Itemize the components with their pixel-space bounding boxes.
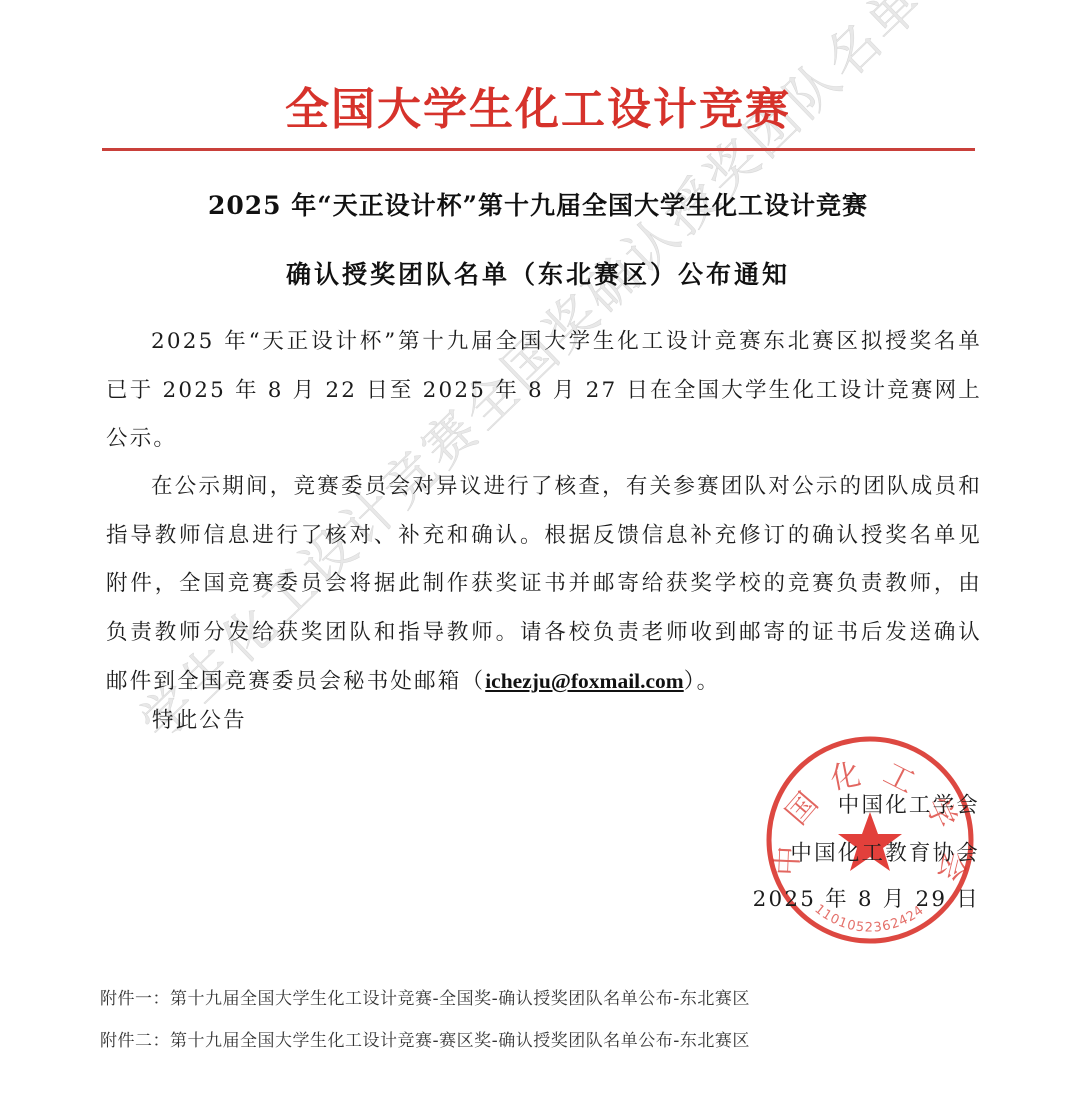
notice-title-line-1: 2025 年“天正设计杯”第十九届全国大学生化工设计竞赛 (100, 186, 976, 222)
paragraph-1-text: 2025 年“天正设计杯”第十九届全国大学生化工设计竞赛东北赛区拟授奖名单已于 … (106, 329, 982, 451)
masthead-divider (102, 148, 975, 151)
email-link[interactable]: ichezju@foxmail.com (485, 669, 684, 693)
attachment-item-1[interactable]: 附件一：第十九届全国大学生化工设计竞赛-全国奖-确认授奖团队名单公布-东北赛区 (100, 978, 750, 1020)
paragraph-2-tail: ）。 (684, 669, 721, 694)
notice-page: 学生化工设计竞赛全国奖确认授奖团队名单公布 全国大学生化工设计竞赛 2025 年… (0, 0, 1080, 1110)
signature-org-2: 中国化工教育协会 (790, 836, 980, 867)
signature-date: 2025 年 8 月 29 日 (753, 882, 980, 913)
svg-text:中国化工学会: 中国化工学会 (770, 753, 972, 902)
notice-title-line-2: 确认授奖团队名单（东北赛区）公布通知 (100, 255, 976, 291)
paragraph-2-text: 在公示期间，竞赛委员会对异议进行了核查，有关参赛团队对公示的团队成员和指导教师信… (106, 474, 982, 694)
closing-text: 特此公告 (152, 703, 247, 734)
masthead-title: 全国大学生化工设计竞赛 (100, 82, 976, 138)
attachment-list: 附件一：第十九届全国大学生化工设计竞赛-全国奖-确认授奖团队名单公布-东北赛区 … (100, 978, 750, 1062)
attachment-item-2[interactable]: 附件二：第十九届全国大学生化工设计竞赛-赛区奖-确认授奖团队名单公布-东北赛区 (100, 1020, 750, 1062)
signature-org-1: 中国化工学会 (838, 788, 980, 819)
paragraph-2: 在公示期间，竞赛委员会对异议进行了核查，有关参赛团队对公示的团队成员和指导教师信… (106, 463, 982, 707)
paragraph-1: 2025 年“天正设计杯”第十九届全国大学生化工设计竞赛东北赛区拟授奖名单已于 … (106, 318, 982, 464)
